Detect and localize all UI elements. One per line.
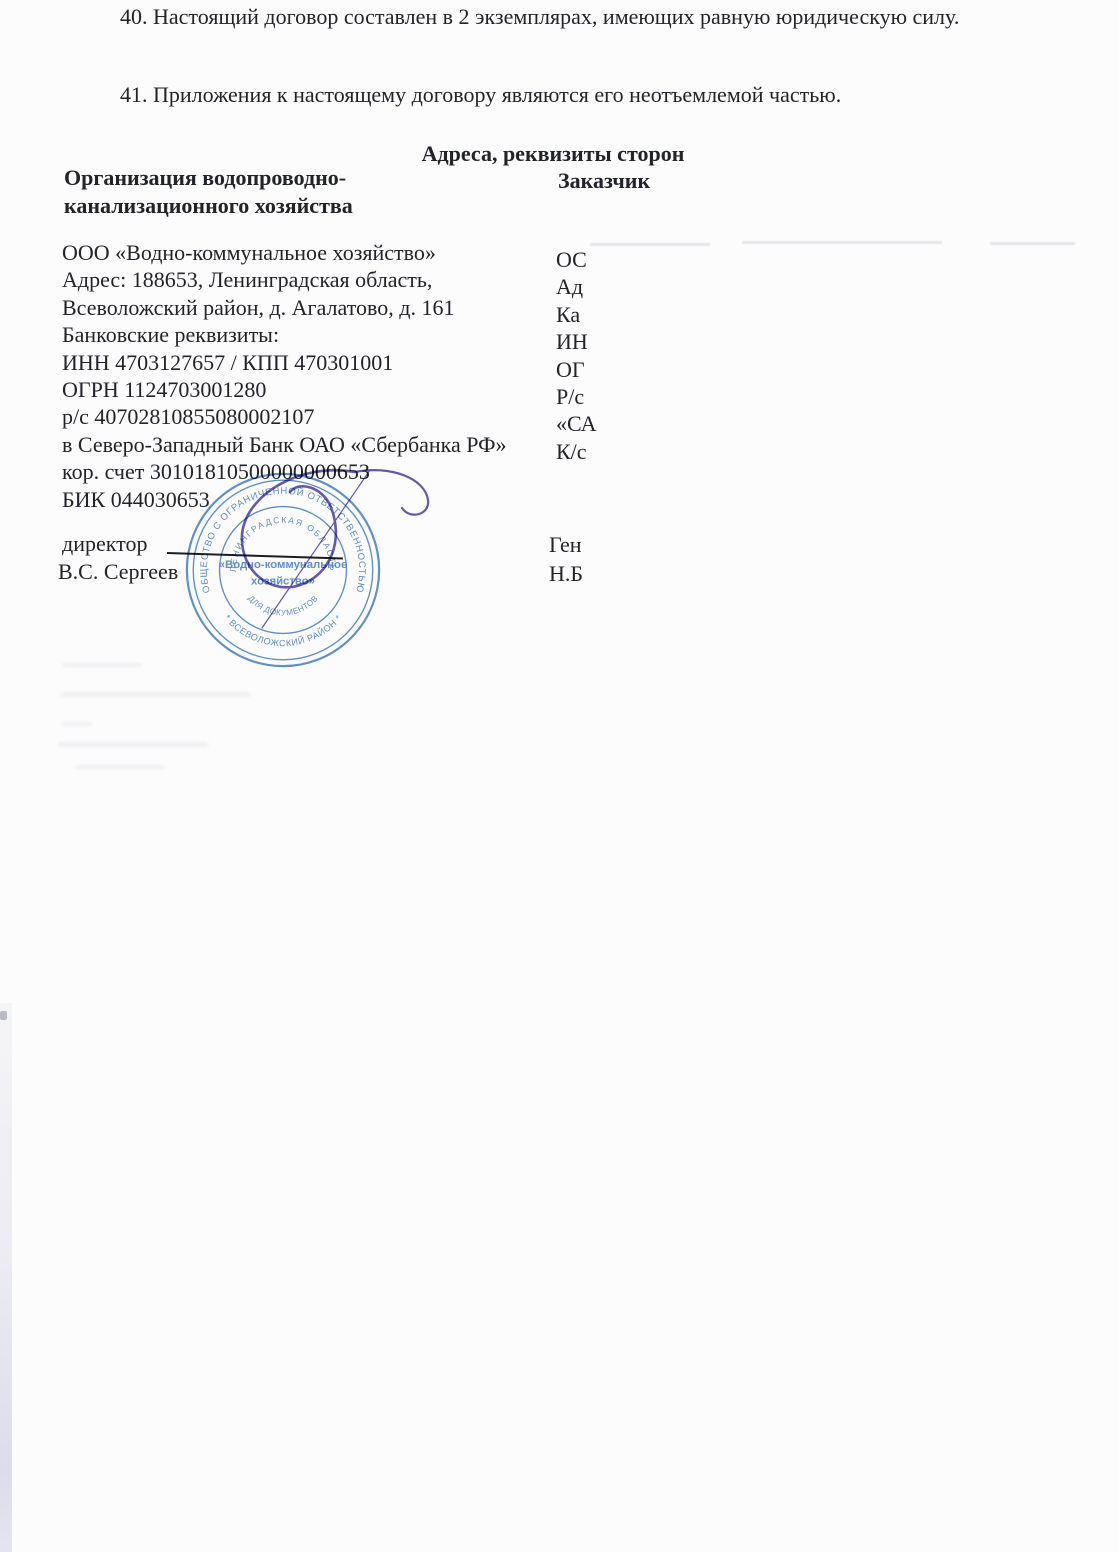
- handwritten-signature: [200, 445, 480, 645]
- requisite-line-truncated: ИН: [556, 328, 596, 355]
- requisite-line: ИНН 4703127657 / КПП 470301001: [62, 349, 507, 376]
- scanned-contract-page: { "document": { "background_color": "#fc…: [0, 0, 1119, 1552]
- scan-ghost-dash: [590, 243, 710, 246]
- scan-smudge: [62, 663, 142, 667]
- right-party-heading: Заказчик: [558, 168, 650, 194]
- scan-edge-strip: [0, 1003, 12, 1552]
- requisite-line-truncated: ОГ: [556, 356, 596, 383]
- left-signature-role: директор: [62, 531, 147, 557]
- requisite-line-truncated: Ка: [556, 301, 596, 328]
- right-signature-name: Н.Б: [549, 560, 583, 589]
- right-signature-role: Ген: [549, 531, 583, 560]
- requisite-line: ОГРН 1124703001280: [62, 376, 507, 403]
- requisite-line: Банковские реквизиты:: [62, 321, 507, 348]
- requisite-line-truncated: ОС: [556, 246, 596, 273]
- scan-smudge: [75, 765, 165, 769]
- requisite-line-truncated: Р/с: [556, 383, 596, 410]
- requisite-line: р/с 40702810855080002107: [62, 403, 507, 430]
- requisite-line: Всеволожский район, д. Агалатово, д. 161: [62, 294, 507, 321]
- requisite-line-truncated: Ад: [556, 273, 596, 300]
- requisite-line-truncated: «СА: [556, 410, 596, 437]
- requisite-line: ООО «Водно-коммунальное хозяйство»: [62, 239, 507, 266]
- requisite-line: Адрес: 188653, Ленинградская область,: [62, 266, 507, 293]
- scan-smudge: [58, 742, 208, 747]
- clause-40: 40. Настоящий договор составлен в 2 экзе…: [58, 3, 1043, 31]
- left-party-heading-line1: Организация водопроводно-: [64, 164, 353, 192]
- left-signature-name: В.С. Сергеев: [58, 559, 178, 585]
- scan-ghost-dash: [990, 242, 1075, 245]
- scan-smudge: [62, 722, 92, 726]
- right-party-requisites: ОС Ад Ка ИН ОГ Р/с «СА К/с: [556, 246, 596, 465]
- left-party-heading-line2: канализационного хозяйства: [64, 192, 353, 220]
- right-signature-block: Ген Н.Б: [549, 531, 583, 588]
- scan-smudge: [60, 692, 250, 697]
- signature-strokes: [242, 470, 428, 628]
- left-party-heading: Организация водопроводно- канализационно…: [64, 164, 353, 220]
- requisite-line-truncated: К/с: [556, 438, 596, 465]
- scan-ghost-dash: [742, 241, 942, 244]
- scan-speck: [0, 1011, 7, 1020]
- clause-41: 41. Приложения к настоящему договору явл…: [58, 81, 1043, 109]
